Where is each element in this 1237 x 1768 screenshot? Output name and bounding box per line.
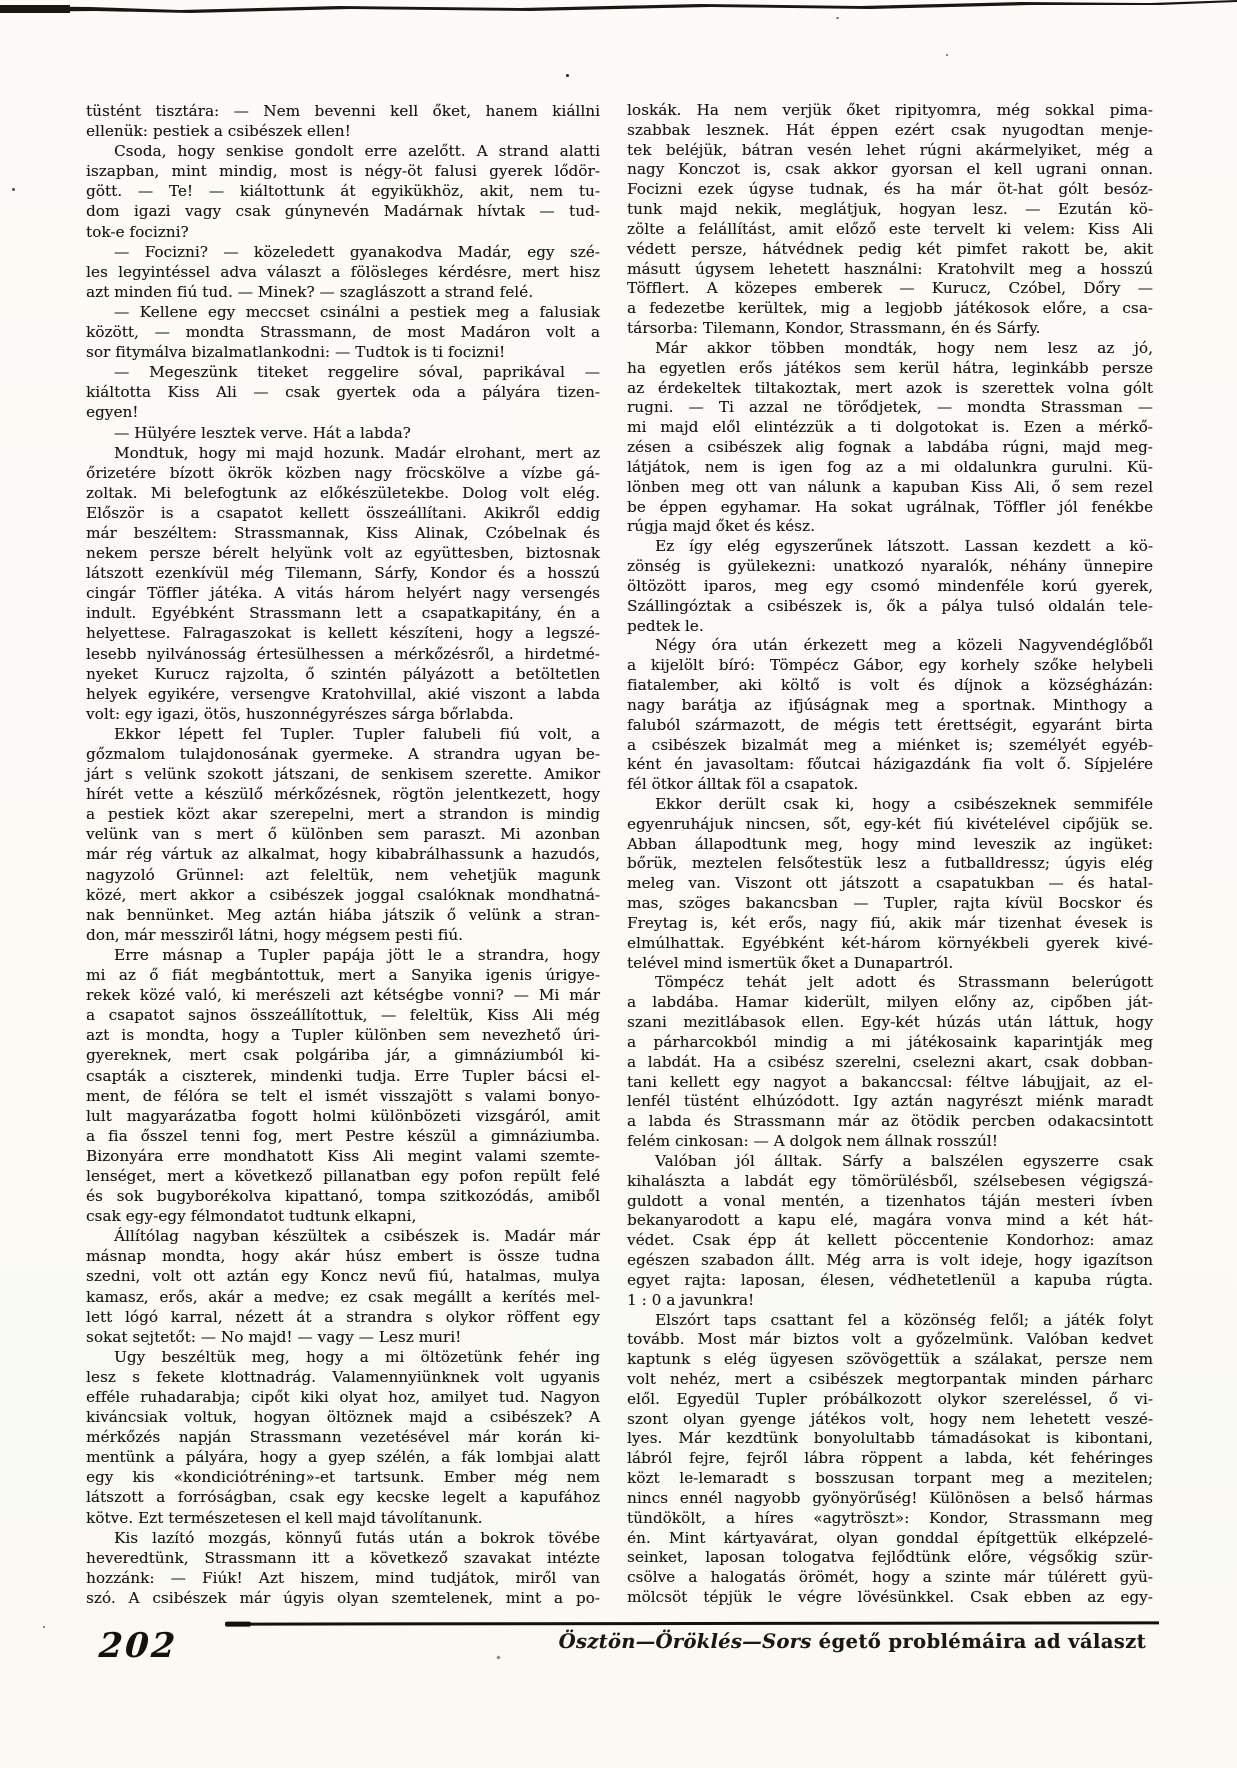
text-line: a csapatot sajnos összeállítottuk, — fel…: [86, 1005, 600, 1025]
text-line: őrizetére bízott ökrök közben nagy fröcs…: [86, 463, 600, 483]
text-line: elől. Egyedül Tupler próbálkozott olykor…: [627, 1390, 1153, 1410]
text-line: Ekkor lépett fel Tupler. Tupler falubeli…: [86, 724, 600, 744]
text-line: lett lógó karral, nézett át a strandra s…: [86, 1307, 600, 1327]
text-line: Kis lazító mozgás, könnyű futás után a b…: [86, 1528, 600, 1548]
text-line: gött. — Te! — kiáltottunk át egyikükhöz,…: [86, 181, 600, 201]
text-line: elmúlhattak. Egyébként két-három környék…: [627, 934, 1153, 954]
text-line: ha egyetlen erős játékos sem kerül hátra…: [627, 359, 1153, 379]
text-line: velünk van s mert ő különben sem paraszt…: [86, 824, 600, 844]
text-line: be éppen egyhamar. Ha sokat ugrálnak, Tö…: [627, 498, 1153, 518]
text-line: védett persze, hátvédnek pedig két pimfe…: [627, 240, 1153, 260]
text-line: faluból származott, de mégis tett éretts…: [627, 716, 1153, 736]
text-line: mérkőzés napján Strassmann vezetésével m…: [86, 1427, 600, 1447]
text-line: védet. Csak épp át kellett pöccentenie K…: [627, 1231, 1153, 1251]
scan-speck: [946, 54, 948, 56]
scan-speck: [566, 74, 569, 77]
text-line: lesz s fekete klottnadrág. Valamennyiünk…: [86, 1367, 600, 1387]
text-line: tok-e focizni?: [86, 222, 600, 242]
left-column: tüstént tisztára: — Nem bevenni kell őke…: [86, 101, 600, 1608]
text-line: Ekkor derült csak ki, hogy a csibészekne…: [627, 795, 1153, 815]
text-line: látszott ezenkívül még Tilemann, Sárfy, …: [86, 563, 600, 583]
text-line: a fedezetbe kerültek, mig a legjobb játé…: [627, 299, 1153, 319]
text-line: mi majd elől elintézzük a ti dolgotokat …: [627, 418, 1153, 438]
text-line: ellenük: pestiek a csibészek ellen!: [86, 121, 600, 141]
text-line: — Megeszünk titeket reggelire sóval, pap…: [86, 362, 600, 382]
text-line: sor fitymálva bizalmatlankodni: — Tudtok…: [86, 342, 600, 362]
text-line: helyettese. Falragaszokat is kellett kés…: [86, 623, 600, 643]
text-line: Mondtuk, hogy mi majd hozunk. Madár elro…: [86, 443, 600, 463]
text-line: ment, de félóra se telt el ismét visszaj…: [86, 1086, 600, 1106]
text-line: Valóban jól álltak. Sárfy a balszélen eg…: [627, 1152, 1153, 1172]
text-line: cingár Töffler játéka. A vitás három hel…: [86, 583, 600, 603]
text-line: egyen!: [86, 402, 600, 422]
text-line: Töfflert. A közepes emberek — Kurucz, Cz…: [627, 279, 1153, 299]
scan-speck: [496, 1655, 500, 1659]
text-line: közé, mert akkor a csibészek joggal csal…: [86, 885, 600, 905]
text-line: rugni. — Ti azzal ne törődjetek, — mondt…: [627, 398, 1153, 418]
text-line: gyereknek, mert csak polgáriba jár, a gi…: [86, 1045, 600, 1065]
text-line: csölve a halogatás örömét, hogy a szinte…: [627, 1568, 1153, 1588]
text-line: szani mezitlábasok ellen. Egy-két húzás …: [627, 1013, 1153, 1033]
text-line: Abban állapodtunk meg, hogy mind leveszi…: [627, 835, 1153, 855]
text-line: lyes. Már kezdtünk bonyolultabb támadáso…: [627, 1429, 1153, 1449]
text-line: — Focizni? — közeledett gyanakodva Madár…: [86, 242, 600, 262]
text-line: Focizni ezek úgyse tudnak, és ha már öt-…: [627, 180, 1153, 200]
text-line: azt minden fiú tud. — Minek? — szaglászo…: [86, 282, 600, 302]
text-line: én. Mint kártyavárat, olyan gonddal épít…: [627, 1529, 1153, 1549]
text-line: — Kellene egy meccset csinálni a pestiek…: [86, 302, 600, 322]
text-line: csapták a ciszterek, mindenki tudja. Err…: [86, 1066, 600, 1086]
footer-rule: [227, 1621, 1159, 1625]
page-number: 202: [98, 1629, 179, 1663]
text-line: közt le-lemaradt s bosszusan torpant meg…: [627, 1469, 1153, 1489]
text-line: az érdekeltek tiltakoztak, mert azok is …: [627, 379, 1153, 399]
text-line: szedni, volt ott aztán egy Koncz nevű fi…: [86, 1266, 600, 1286]
text-line: kamasz, erős, akár a medve; ez csak megá…: [86, 1287, 600, 1307]
text-line: indult. Egyébként Strassmann lett a csap…: [86, 603, 600, 623]
text-line: rúgja majd őket és kész.: [627, 517, 1153, 537]
text-line: Erre másnap a Tupler papája jött le a st…: [86, 945, 600, 965]
text-line: efféle ruhadarabja; cipőt kiki olyat hoz…: [86, 1387, 600, 1407]
text-line: tunk majd nekik, meglátjuk, hogyan lesz.…: [627, 200, 1153, 220]
text-line: sokat sejtetőt: — No majd! — vagy — Lesz…: [86, 1327, 600, 1347]
text-line: azt is mondta, hogy a Tupler különben se…: [86, 1025, 600, 1045]
text-line: szont olyan gyenge játékos volt, hogy ne…: [627, 1410, 1153, 1430]
text-line: lábról fejre, fejről lábra röppent a lab…: [627, 1449, 1153, 1469]
text-line: mölcsöt tépjük le végre lövésünkkel. Csa…: [627, 1588, 1153, 1608]
text-line: csak egy-egy félmondatot tudtunk elkapni…: [86, 1206, 600, 1226]
text-line: Freytag is, két erős, nagy fiú, akik már…: [627, 914, 1153, 934]
text-line: járt s velünk szokott játszani, de senki…: [86, 764, 600, 784]
text-line: Először is a csapatot kellett összeállít…: [86, 503, 600, 523]
text-line: a labdába. Hamar kiderült, milyen előny …: [627, 993, 1153, 1013]
text-line: és sok bugyborékolva kipattanó, tompa sz…: [86, 1186, 600, 1206]
text-line: szabbak lesznek. Hát éppen ezért csak ny…: [627, 121, 1153, 141]
text-line: egészen szabadon állt. Még arra is volt …: [627, 1251, 1153, 1271]
text-line: nyeket Kurucz rajzolta, ő szintén pályáz…: [86, 664, 600, 684]
text-line: iszapban, mint mindig, most is négy-öt f…: [86, 161, 600, 181]
text-line: bekanyarodott a kapu elé, magára vonva m…: [627, 1211, 1153, 1231]
text-line: zönség is gyülekezni: unatkozó nyaralók,…: [627, 557, 1153, 577]
text-line: látjátok, nem is igen fog az a mi oldalu…: [627, 458, 1153, 478]
text-line: fiatalember, aki költő is volt és díjnok…: [627, 676, 1153, 696]
scan-speck: [43, 1626, 45, 1628]
text-line: tek beléjük, bátran vesén lehet rúgni ak…: [627, 141, 1153, 161]
text-line: zésen a csibészek alig fognak a labdába …: [627, 438, 1153, 458]
text-line: lönben meg ott van nálunk a kapuban Kiss…: [627, 478, 1153, 498]
text-line: Szállingóztak a csibészek is, ők a pálya…: [627, 597, 1153, 617]
text-line: mas, szöges bakancsban — Tupler, rajta k…: [627, 894, 1153, 914]
text-line: dom igazi vagy csak gúnynevén Madárnak h…: [86, 201, 600, 221]
text-line: a pestiek közt akar szerepelni, mert a s…: [86, 804, 600, 824]
text-line: a fia ősszel tenni fog, mert Pestre kész…: [86, 1126, 600, 1146]
text-line: kötve. Ezt természetesen el kell majd tá…: [86, 1508, 600, 1528]
text-line: felém cinkosan: — A dolgok nem állnak ro…: [627, 1132, 1153, 1152]
text-line: hozzánk: — Fiúk! Azt hiszem, mind tudját…: [86, 1568, 600, 1588]
text-line: gőzmalom tulajdonosának gyermeke. A stra…: [86, 744, 600, 764]
text-line: hírét vette a készülő mérkőzésnek, rögtö…: [86, 784, 600, 804]
text-line: öltözött iparos, meg egy csomó mindenfél…: [627, 577, 1153, 597]
scan-top-edge-artifact: [0, 0, 1237, 18]
text-line: másnap mondta, hogy akár húsz embert is …: [86, 1246, 600, 1266]
scan-speck: [836, 17, 839, 19]
text-line: Ugy beszéltük meg, hogy a mi öltözetünk …: [86, 1347, 600, 1367]
text-line: egy kis «kondiciótréning»-et tartsunk. E…: [86, 1467, 600, 1487]
text-line: nincs ennél nagyobb gyönyörűség! Különös…: [627, 1489, 1153, 1509]
text-line: helyek egyikére, versengve Kratohvillal,…: [86, 684, 600, 704]
text-line: nekem persze bérelt helyünk volt az együ…: [86, 543, 600, 563]
text-line: lenséget, mert a következő pillanatban e…: [86, 1166, 600, 1186]
text-line: egyenruhájuk nincsen, sőt, egy-két fiú k…: [627, 815, 1153, 835]
text-line: már rég vártuk az alkalmat, hogy kibabrá…: [86, 844, 600, 864]
text-line: Állítólag nagyban készültek a csibészek …: [86, 1226, 600, 1246]
text-line: tani kellett egy nagyot a bakanccsal: fé…: [627, 1073, 1153, 1093]
text-line: rekek közé való, ki merészeli azt kétség…: [86, 985, 600, 1005]
text-line: 1 : 0 a javunkra!: [627, 1291, 1153, 1311]
text-line: bőrük, meztelen felsőtestük lesz a futba…: [627, 854, 1153, 874]
text-line: loskák. Ha nem verjük őket ripityomra, m…: [627, 101, 1153, 121]
text-line: a labdát. Ha a csibész szerelni, cselezn…: [627, 1053, 1153, 1073]
text-line: nak bennünket. Meg aztán hiába játszik ő…: [86, 905, 600, 925]
text-line: volt: egy igazi, ötös, huszonnégyrészes …: [86, 704, 600, 724]
text-line: Tömpécz tehát jelt adott és Strassmann b…: [627, 973, 1153, 993]
text-line: zoltak. Mi belefogtunk az előkészületekb…: [86, 483, 600, 503]
text-line: Négy óra után érkezett meg a közeli Nagy…: [627, 636, 1153, 656]
text-line: kiáltotta Kiss Ali — csak gyertek oda a …: [86, 382, 600, 402]
text-line: lult magyarázatba fogott holmi különböze…: [86, 1106, 600, 1126]
text-line: mi az ő fiát megbántottuk, mert a Sanyik…: [86, 965, 600, 985]
text-line: között, — mondta Strassmann, de most Mad…: [86, 322, 600, 342]
text-line: a kijelölt bíró: Tömpécz Gábor, egy korh…: [627, 656, 1153, 676]
text-line: egyet rajta: laposan, élesen, védhetetle…: [627, 1271, 1153, 1291]
text-line: másutt úgysem lehetett használni: Kratoh…: [627, 260, 1153, 280]
text-line: lesebb nyilvánosság értesülhessen a mérk…: [86, 644, 600, 664]
text-line: kaptunk s elég ügyesen szövögettük a szá…: [627, 1350, 1153, 1370]
text-line: a párharcokból mindig a mi játékosaink k…: [627, 1033, 1153, 1053]
right-column: loskák. Ha nem verjük őket ripityomra, m…: [627, 101, 1153, 1608]
text-line: Csoda, hogy senkise gondolt erre azelőtt…: [86, 141, 600, 161]
text-line: szó. A csibészek már úgyis olyan szemtel…: [86, 1588, 600, 1608]
text-line: telével mind ismertük őket a Dunapartról…: [627, 954, 1153, 974]
text-line: Ez így elég egyszerűnek látszott. Lassan…: [627, 537, 1153, 557]
text-line: a labda és Strassmann már az ötödik perc…: [627, 1112, 1153, 1132]
text-line: társorba: Tilemann, Kondor, Strassmann, …: [627, 319, 1153, 339]
text-line: meleg van. Viszont ott játszott a csapat…: [627, 874, 1153, 894]
text-line: don, már messziről látni, hogy mégsem pe…: [86, 925, 600, 945]
text-line: már beszéltem: Strassmannak, Kiss Alinak…: [86, 523, 600, 543]
text-line: fél ötkor álltak föl a csapatok.: [627, 775, 1153, 795]
text-line: kihalászta a labdát egy tömörülésből, sz…: [627, 1172, 1153, 1192]
text-line: Már akkor többen mondták, hogy nem lesz …: [627, 339, 1153, 359]
text-line: tovább. Most már biztos volt a győzelmün…: [627, 1330, 1153, 1350]
text-line: zölte a felállítást, amit előző este ter…: [627, 220, 1153, 240]
text-line: seinket, laposan tologatva fejlődtünk el…: [627, 1548, 1153, 1568]
text-line: nagyzoló Grünnel: azt feleltük, nem vehe…: [86, 865, 600, 885]
text-line: látszott a forróságban, csak egy kecske …: [86, 1487, 600, 1507]
text-line: volt nehéz, mert a csibészek megtorpanta…: [627, 1370, 1153, 1390]
text-line: tündökölt, a híres «agytröszt»: Kondor, …: [627, 1509, 1153, 1529]
text-line: a csibészek bizalmát meg a miénket is; s…: [627, 736, 1153, 756]
text-line: tüstént tisztára: — Nem bevenni kell őke…: [86, 101, 600, 121]
text-line: guldott a vonal mentén, a tizenhatos táj…: [627, 1192, 1153, 1212]
footer-note-title: Ösztön—Öröklés—Sors: [559, 1630, 812, 1653]
scan-speck: [12, 188, 15, 191]
text-line: lenfél tüstént elhúzódott. Igy aztán nag…: [627, 1092, 1153, 1112]
footer-note: Ösztön—Öröklés—Sors égető problémáira ad…: [559, 1630, 1146, 1654]
text-line: Bizonyára erre mondhatott Kiss Ali megin…: [86, 1146, 600, 1166]
text-line: Elszórt taps csattant fel a közönség fel…: [627, 1311, 1153, 1331]
footer-note-text: égető problémáira ad választ: [811, 1630, 1146, 1653]
text-line: heveredtünk, Strassmann itt a következő …: [86, 1548, 600, 1568]
text-line: kiváncsiak voltuk, hogyan öltöznek majd …: [86, 1407, 600, 1427]
text-line: ként én javasoltam: főutcai házigazdánk …: [627, 755, 1153, 775]
text-line: — Hülyére lesztek verve. Hát a labda?: [86, 423, 600, 443]
text-line: nagy barátja az ifjúságnak meg a sportna…: [627, 696, 1153, 716]
scanned-page: tüstént tisztára: — Nem bevenni kell őke…: [0, 0, 1237, 1768]
text-line: mentünk a pályára, hogy a gyep szélén, a…: [86, 1447, 600, 1467]
text-line: nagy Konczot is, csak akkor gyorsan el k…: [627, 160, 1153, 180]
text-line: les legyintéssel adva választ a fölösleg…: [86, 262, 600, 282]
text-line: pedtek le.: [627, 617, 1153, 637]
